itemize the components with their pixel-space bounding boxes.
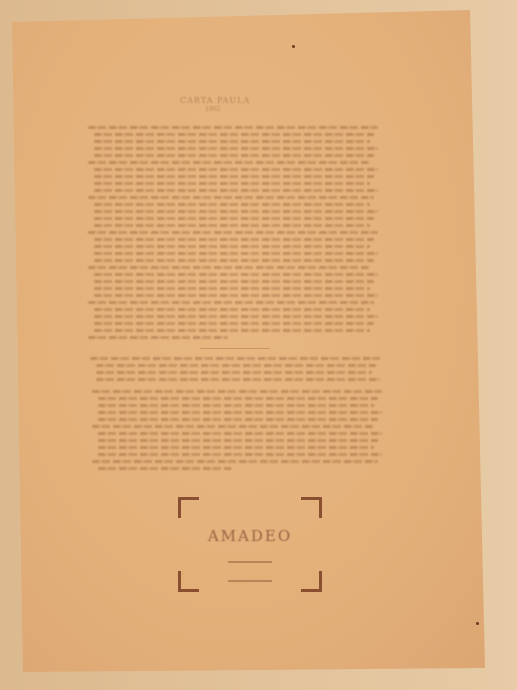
document-title: CARTA PAULA xyxy=(180,96,250,105)
handwriting-line xyxy=(94,294,378,297)
handwriting-line xyxy=(94,245,370,248)
handwriting-line xyxy=(88,336,228,339)
handwriting-line xyxy=(88,301,374,304)
paper-blemish xyxy=(292,45,295,48)
handwriting-line xyxy=(94,203,370,206)
handwriting-line xyxy=(98,404,374,407)
handwriting-line xyxy=(94,168,378,171)
handwriting-line xyxy=(98,397,378,400)
handwriting-line xyxy=(94,217,374,220)
handwriting-line xyxy=(90,357,380,360)
handwriting-line xyxy=(94,182,370,185)
paper-blemish xyxy=(476,622,479,625)
stamp-brand: AMADEO xyxy=(178,527,322,545)
handwriting-line xyxy=(94,273,378,276)
handwriting-line xyxy=(94,259,374,262)
handwriting-line xyxy=(92,390,382,393)
handwriting-line xyxy=(98,432,382,435)
handwriting-line xyxy=(94,224,370,227)
handwriting-line xyxy=(94,238,374,241)
handwriting-line xyxy=(98,453,382,456)
handwriting-line xyxy=(88,161,370,164)
handwriting-line xyxy=(88,231,378,234)
handwriting-line xyxy=(94,252,378,255)
handwriting-line xyxy=(94,154,374,157)
handwriting-line xyxy=(98,439,378,442)
handwriting-line xyxy=(94,210,378,213)
amadeo-stamp: AMADEO xyxy=(178,497,322,592)
handwriting-line xyxy=(98,446,374,449)
handwriting-line xyxy=(94,329,370,332)
stamp-subtext xyxy=(178,549,322,587)
handwriting-line xyxy=(88,266,370,269)
handwriting-line xyxy=(88,126,378,129)
handwriting-line xyxy=(92,425,374,428)
handwriting-line xyxy=(94,140,370,143)
handwriting-line xyxy=(88,196,374,199)
stamp-corner-icon xyxy=(301,497,322,518)
handwriting-line xyxy=(94,280,374,283)
handwriting-line xyxy=(96,364,376,367)
handwriting-line xyxy=(94,175,374,178)
handwriting-line xyxy=(98,411,382,414)
section-divider xyxy=(200,348,270,349)
document-paper: CARTA PAULA 1902 AMADEO xyxy=(0,0,517,690)
handwriting-line xyxy=(94,287,370,290)
document-subtitle: 1902 xyxy=(205,106,220,113)
handwriting-line xyxy=(94,147,378,150)
handwriting-line xyxy=(94,189,378,192)
handwriting-line xyxy=(98,418,378,421)
handwriting-line xyxy=(94,133,374,136)
handwriting-line xyxy=(94,322,374,325)
handwriting-line xyxy=(98,467,232,470)
handwriting-line xyxy=(94,308,370,311)
photo-stage: CARTA PAULA 1902 AMADEO xyxy=(0,0,517,690)
handwriting-line xyxy=(96,371,372,374)
handwriting-line xyxy=(92,460,378,463)
stamp-corner-icon xyxy=(178,497,199,518)
handwriting-line xyxy=(96,378,380,381)
handwriting-line xyxy=(94,315,378,318)
